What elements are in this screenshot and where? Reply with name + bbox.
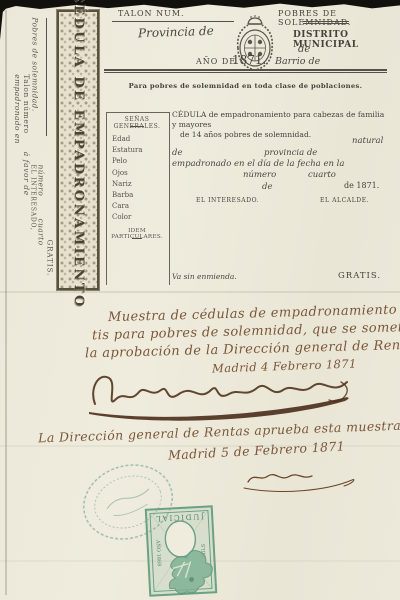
talon-rule xyxy=(112,21,234,22)
de-1871-label: de 1871. xyxy=(344,181,379,190)
header-double-rule2 xyxy=(104,72,387,73)
approval-date: Madrid 5 de Febrero 1871 xyxy=(168,438,346,462)
senas-item: Color xyxy=(112,212,143,223)
de-label: de xyxy=(172,148,182,158)
pobres-rule2 xyxy=(303,23,349,24)
va-sin-enmienda-label: Va sin enmienda. xyxy=(172,272,237,281)
ano-1871-value: 1871. xyxy=(232,53,266,67)
senas-item: Estatura xyxy=(112,145,143,156)
cuarto-label: cuarto xyxy=(308,170,336,180)
senas-item: Edad xyxy=(112,134,143,145)
provincia-de-field-label: provincia de xyxy=(264,148,317,158)
pobres-rule xyxy=(303,21,349,22)
pobres-solemnidad-label: POBRES DE SOLEMNIDAD. xyxy=(278,9,400,27)
senas-title-rule xyxy=(130,126,144,127)
senas-item: Pelo xyxy=(112,156,143,167)
el-interesado-label: EL INTERESADO. xyxy=(196,197,259,204)
document-sheet: CÉDULA DE EMPADRONAMIENTO Pobres de sole… xyxy=(0,0,400,600)
ornamental-strip-title: CÉDULA DE EMPADRONAMIENTO xyxy=(57,10,99,290)
numero-label: número xyxy=(243,170,276,180)
natural-label: natural xyxy=(352,136,383,146)
talon-num-label: TALON NUM. xyxy=(118,9,185,18)
stub-rule xyxy=(46,18,47,136)
de2-label: de xyxy=(262,182,272,192)
senas-title: SEÑAS GENERALES. xyxy=(108,116,166,130)
director-signature xyxy=(85,368,357,422)
provincia-de-label: Provincia de xyxy=(138,24,214,41)
senas-item: Nariz xyxy=(112,179,143,190)
senas-list: Edad Estatura Pelo Ojos Nariz Barba Cara… xyxy=(112,134,143,224)
judicial-fiscal-stamp: JUDICIAL AÑO 1868 MILS xyxy=(144,504,219,598)
senas-item: Ojos xyxy=(112,168,143,179)
paper-edge-shadow xyxy=(5,10,7,595)
form-subtitle: Para pobres de solemnidad en toda clase … xyxy=(104,82,387,90)
idem-rule xyxy=(132,238,142,239)
fold-crease xyxy=(0,291,400,293)
approver-signature xyxy=(240,464,360,498)
barrio-de-label: Barrio de xyxy=(275,56,320,67)
ano-de-label: AÑO DE xyxy=(196,57,236,66)
gratis-label: GRATIS. xyxy=(338,271,381,281)
header-double-rule xyxy=(104,69,387,71)
senas-item: Cara xyxy=(112,201,143,212)
empadronado-label: empadronado en el día de la fecha en la xyxy=(172,159,344,169)
distrito-de-label: de xyxy=(298,44,310,55)
senas-item: Barba xyxy=(112,190,143,201)
el-alcalde-label: EL ALCALDE. xyxy=(320,197,369,204)
stub-gratis-label: GRATIS. xyxy=(40,236,58,280)
